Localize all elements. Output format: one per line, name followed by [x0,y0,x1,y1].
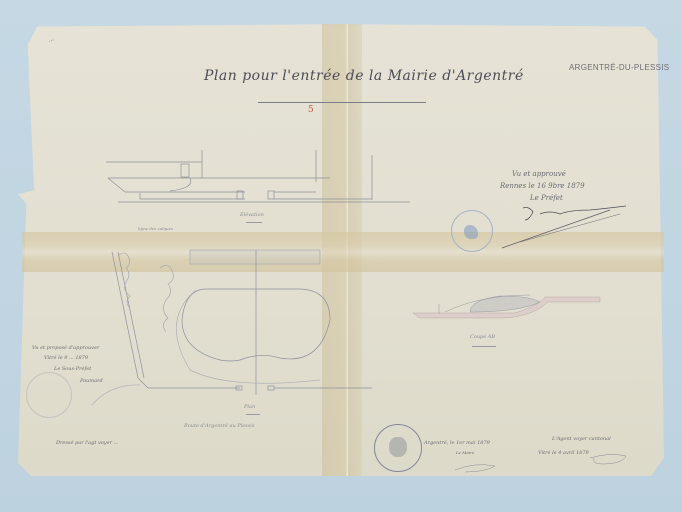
agent-signature-icon [0,0,682,512]
